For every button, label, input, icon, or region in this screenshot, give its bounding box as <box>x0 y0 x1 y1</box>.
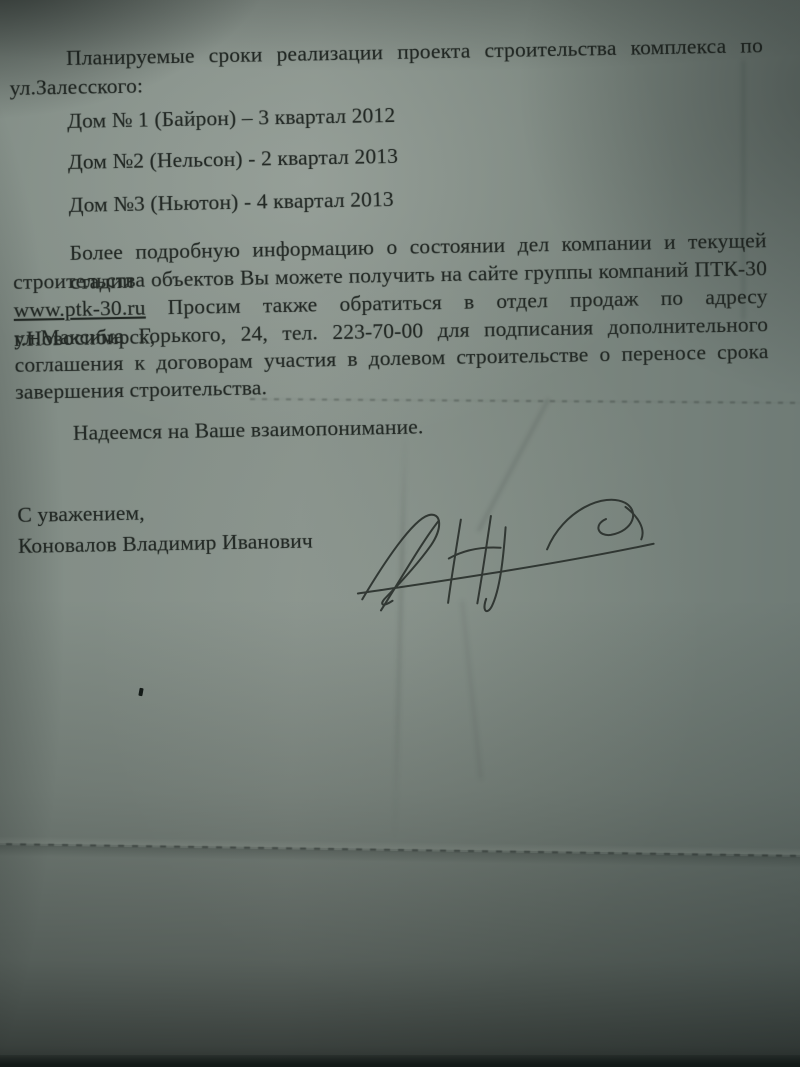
website-link: www.ptk-30.ru <box>13 296 145 322</box>
handwritten-signature-icon <box>347 482 665 626</box>
schedule-item-2: Дом №2 (Нельсон) - 2 квартал 2013 <box>11 135 765 178</box>
letter-photo: Планируемые сроки реализации проекта стр… <box>0 0 800 1067</box>
schedule-item-3: Дом №3 (Ньютон) - 4 квартал 2013 <box>12 178 766 221</box>
ink-speck <box>138 688 143 697</box>
hope-line: Надеемся на Ваше взаимопонимание. <box>16 406 770 449</box>
horizontal-fold-crease <box>0 834 800 872</box>
photo-bottom-edge <box>0 1055 800 1067</box>
diagonal-crease-2 <box>461 600 483 779</box>
